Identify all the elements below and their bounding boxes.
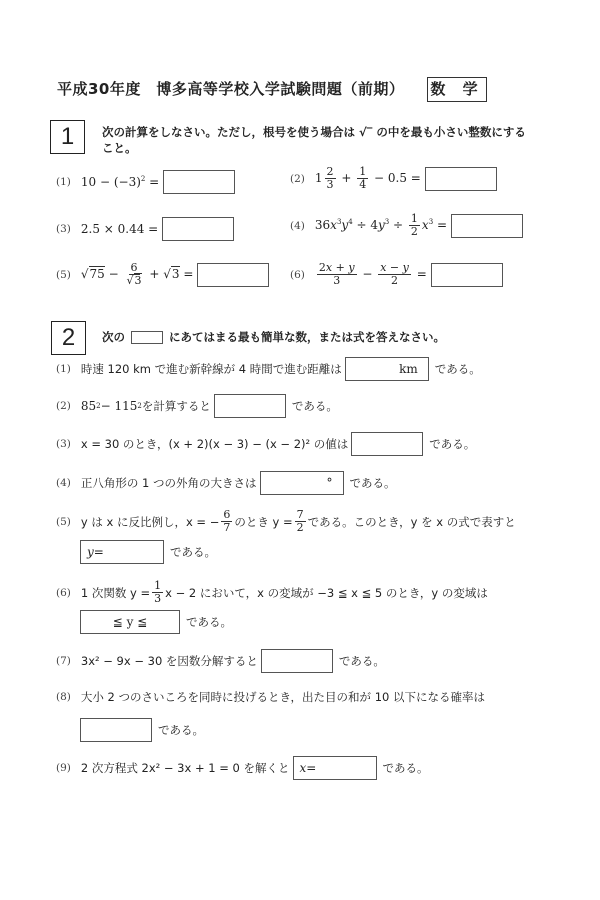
answer-box[interactable] xyxy=(197,263,269,287)
problem-expression: 2x + y3 − x − y2 = xyxy=(315,262,431,287)
problem-2-5: (5) y は x に反比例し，x = − 67 のとき y = 72 である。… xyxy=(56,509,516,534)
problem-2-1: (1) 時速 120 km で進む新幹線が 4 時間で進む距離は km である。 xyxy=(56,357,481,381)
problem-1-5: (5) √75 − 6√3 + √3 = xyxy=(56,262,269,287)
problem-label: (7) xyxy=(56,655,71,667)
problem-suffix: である。 xyxy=(339,653,385,669)
problem-label: (4) xyxy=(56,477,71,489)
section-2-number: 2 xyxy=(51,321,86,355)
section-1-number: 1 xyxy=(50,120,85,154)
problem-label: (6) xyxy=(56,587,71,599)
problem-1-2: (2) 123 + 14 − 0.5 = xyxy=(290,166,497,191)
degree-unit: ° xyxy=(327,472,333,494)
fraction-denominator: 3 xyxy=(152,593,163,605)
problem-text-b: − 115 xyxy=(101,399,138,413)
instruction-post: にあてはまる最も簡単な数，または式を答えなさい。 xyxy=(169,329,445,345)
answer-box[interactable]: ° xyxy=(260,471,344,495)
problem-expression: 123 + 14 − 0.5 = xyxy=(315,166,425,191)
answer-prefix: y= xyxy=(87,541,104,563)
problem-text-c: である。このとき，y を x の式で表すと xyxy=(308,514,516,530)
answer-box[interactable] xyxy=(214,394,286,418)
answer-box[interactable]: km xyxy=(345,357,429,381)
problem-suffix: である。 xyxy=(158,722,204,738)
problem-label: (9) xyxy=(56,762,71,774)
problem-label: (6) xyxy=(290,269,305,281)
exam-title: 平成30年度 博多高等学校入学試験問題（前期） xyxy=(57,78,404,99)
problem-text-c: を計算すると xyxy=(142,398,211,414)
answer-box[interactable] xyxy=(80,718,152,742)
problem-suffix: である。 xyxy=(435,361,481,377)
problem-suffix: である。 xyxy=(186,614,232,630)
range-content: ≦ y ≦ xyxy=(113,615,148,629)
problem-label: (8) xyxy=(56,691,71,703)
problem-2-2: (2) 852 − 1152 を計算すると である。 xyxy=(56,394,338,418)
subject-label: 数 学 xyxy=(427,77,487,102)
problem-expression: √75 − 6√3 + √3 = xyxy=(81,262,197,287)
answer-box[interactable] xyxy=(425,167,497,191)
answer-prefix: x= xyxy=(300,757,317,779)
answer-box[interactable]: x= xyxy=(293,756,377,780)
problem-expression: 36x3y4 ÷ 4y3 ÷ 12x3 = xyxy=(315,213,451,238)
answer-box[interactable] xyxy=(261,649,333,673)
answer-box[interactable]: y= xyxy=(80,540,164,564)
unit-label: km xyxy=(399,358,418,380)
section-1-instruction: 次の計算をしなさい。ただし，根号を使う場合は √‾ の中を最も小さい整数にする … xyxy=(102,124,526,156)
fraction-denominator: 7 xyxy=(221,522,232,534)
problem-label: (2) xyxy=(56,400,71,412)
answer-box[interactable] xyxy=(431,263,503,287)
problem-label: (4) xyxy=(290,220,305,232)
problem-label: (1) xyxy=(56,176,71,188)
problem-2-6-answer-row: ≦ y ≦ である。 xyxy=(80,610,232,634)
problem-text-a: 85 xyxy=(81,399,96,413)
answer-box[interactable] xyxy=(351,432,423,456)
problem-2-4: (4) 正八角形の 1 つの外角の大きさは ° である。 xyxy=(56,471,396,495)
problem-2-9: (9) 2 次方程式 2x² − 3x + 1 = 0 を解くと x= である。 xyxy=(56,756,429,780)
problem-text-a: 1 次関数 y = xyxy=(81,585,150,601)
problem-label: (5) xyxy=(56,516,71,528)
problem-label: (1) xyxy=(56,363,71,375)
problem-text: x = 30 のとき，(x + 2)(x − 3) − (x − 2)² の値は xyxy=(81,436,348,452)
fraction-denominator: 2 xyxy=(295,522,306,534)
problem-2-8-answer-row: である。 xyxy=(80,718,204,742)
blank-box-symbol xyxy=(131,331,163,344)
problem-label: (5) xyxy=(56,269,71,281)
answer-box[interactable] xyxy=(163,170,235,194)
problem-suffix: である。 xyxy=(170,544,216,560)
answer-box[interactable] xyxy=(451,214,523,238)
section-2-instruction: 次の にあてはまる最も簡単な数，または式を答えなさい。 xyxy=(102,329,445,345)
problem-2-3: (3) x = 30 のとき，(x + 2)(x − 3) − (x − 2)²… xyxy=(56,432,475,456)
problem-2-5-answer-row: y= である。 xyxy=(80,540,216,564)
problem-text: 大小 2 つのさいころを同時に投げるとき，出た目の和が 10 以下になる確率は xyxy=(81,689,485,705)
problem-label: (2) xyxy=(290,173,305,185)
problem-text: 時速 120 km で進む新幹線が 4 時間で進む距離は xyxy=(81,361,342,377)
answer-box[interactable]: ≦ y ≦ xyxy=(80,610,180,634)
problem-1-1: (1) 10 − (−3)2 = xyxy=(56,170,235,194)
answer-box[interactable] xyxy=(162,217,234,241)
problem-2-8: (8) 大小 2 つのさいころを同時に投げるとき，出た目の和が 10 以下になる… xyxy=(56,689,485,705)
problem-expression: 2.5 × 0.44 = xyxy=(81,222,162,236)
problem-suffix: である。 xyxy=(292,398,338,414)
problem-2-6: (6) 1 次関数 y = 13 x − 2 において，x の変域が −3 ≦ … xyxy=(56,580,488,605)
problem-suffix: である。 xyxy=(350,475,396,491)
problem-suffix: である。 xyxy=(429,436,475,452)
problem-expression: 10 − (−3)2 = xyxy=(81,175,163,189)
problem-2-7: (7) 3x² − 9x − 30 を因数分解すると である。 xyxy=(56,649,385,673)
problem-text-b: x − 2 において，x の変域が −3 ≦ x ≦ 5 のとき，y の変域は xyxy=(165,585,488,601)
problem-suffix: である。 xyxy=(383,760,429,776)
problem-1-6: (6) 2x + y3 − x − y2 = xyxy=(290,262,503,287)
problem-1-3: (3) 2.5 × 0.44 = xyxy=(56,217,234,241)
instruction-line-2: こと。 xyxy=(102,140,526,156)
problem-text-a: y は x に反比例し，x = − xyxy=(81,514,219,530)
problem-label: (3) xyxy=(56,438,71,450)
problem-text-b: のとき y = xyxy=(234,514,292,530)
problem-1-4: (4) 36x3y4 ÷ 4y3 ÷ 12x3 = xyxy=(290,213,523,238)
instruction-pre: 次の xyxy=(102,329,125,345)
problem-label: (3) xyxy=(56,223,71,235)
problem-text: 3x² − 9x − 30 を因数分解すると xyxy=(81,653,258,669)
problem-text: 正八角形の 1 つの外角の大きさは xyxy=(81,475,257,491)
instruction-line-1: 次の計算をしなさい。ただし，根号を使う場合は √‾ の中を最も小さい整数にする xyxy=(102,124,526,140)
problem-text: 2 次方程式 2x² − 3x + 1 = 0 を解くと xyxy=(81,760,290,776)
